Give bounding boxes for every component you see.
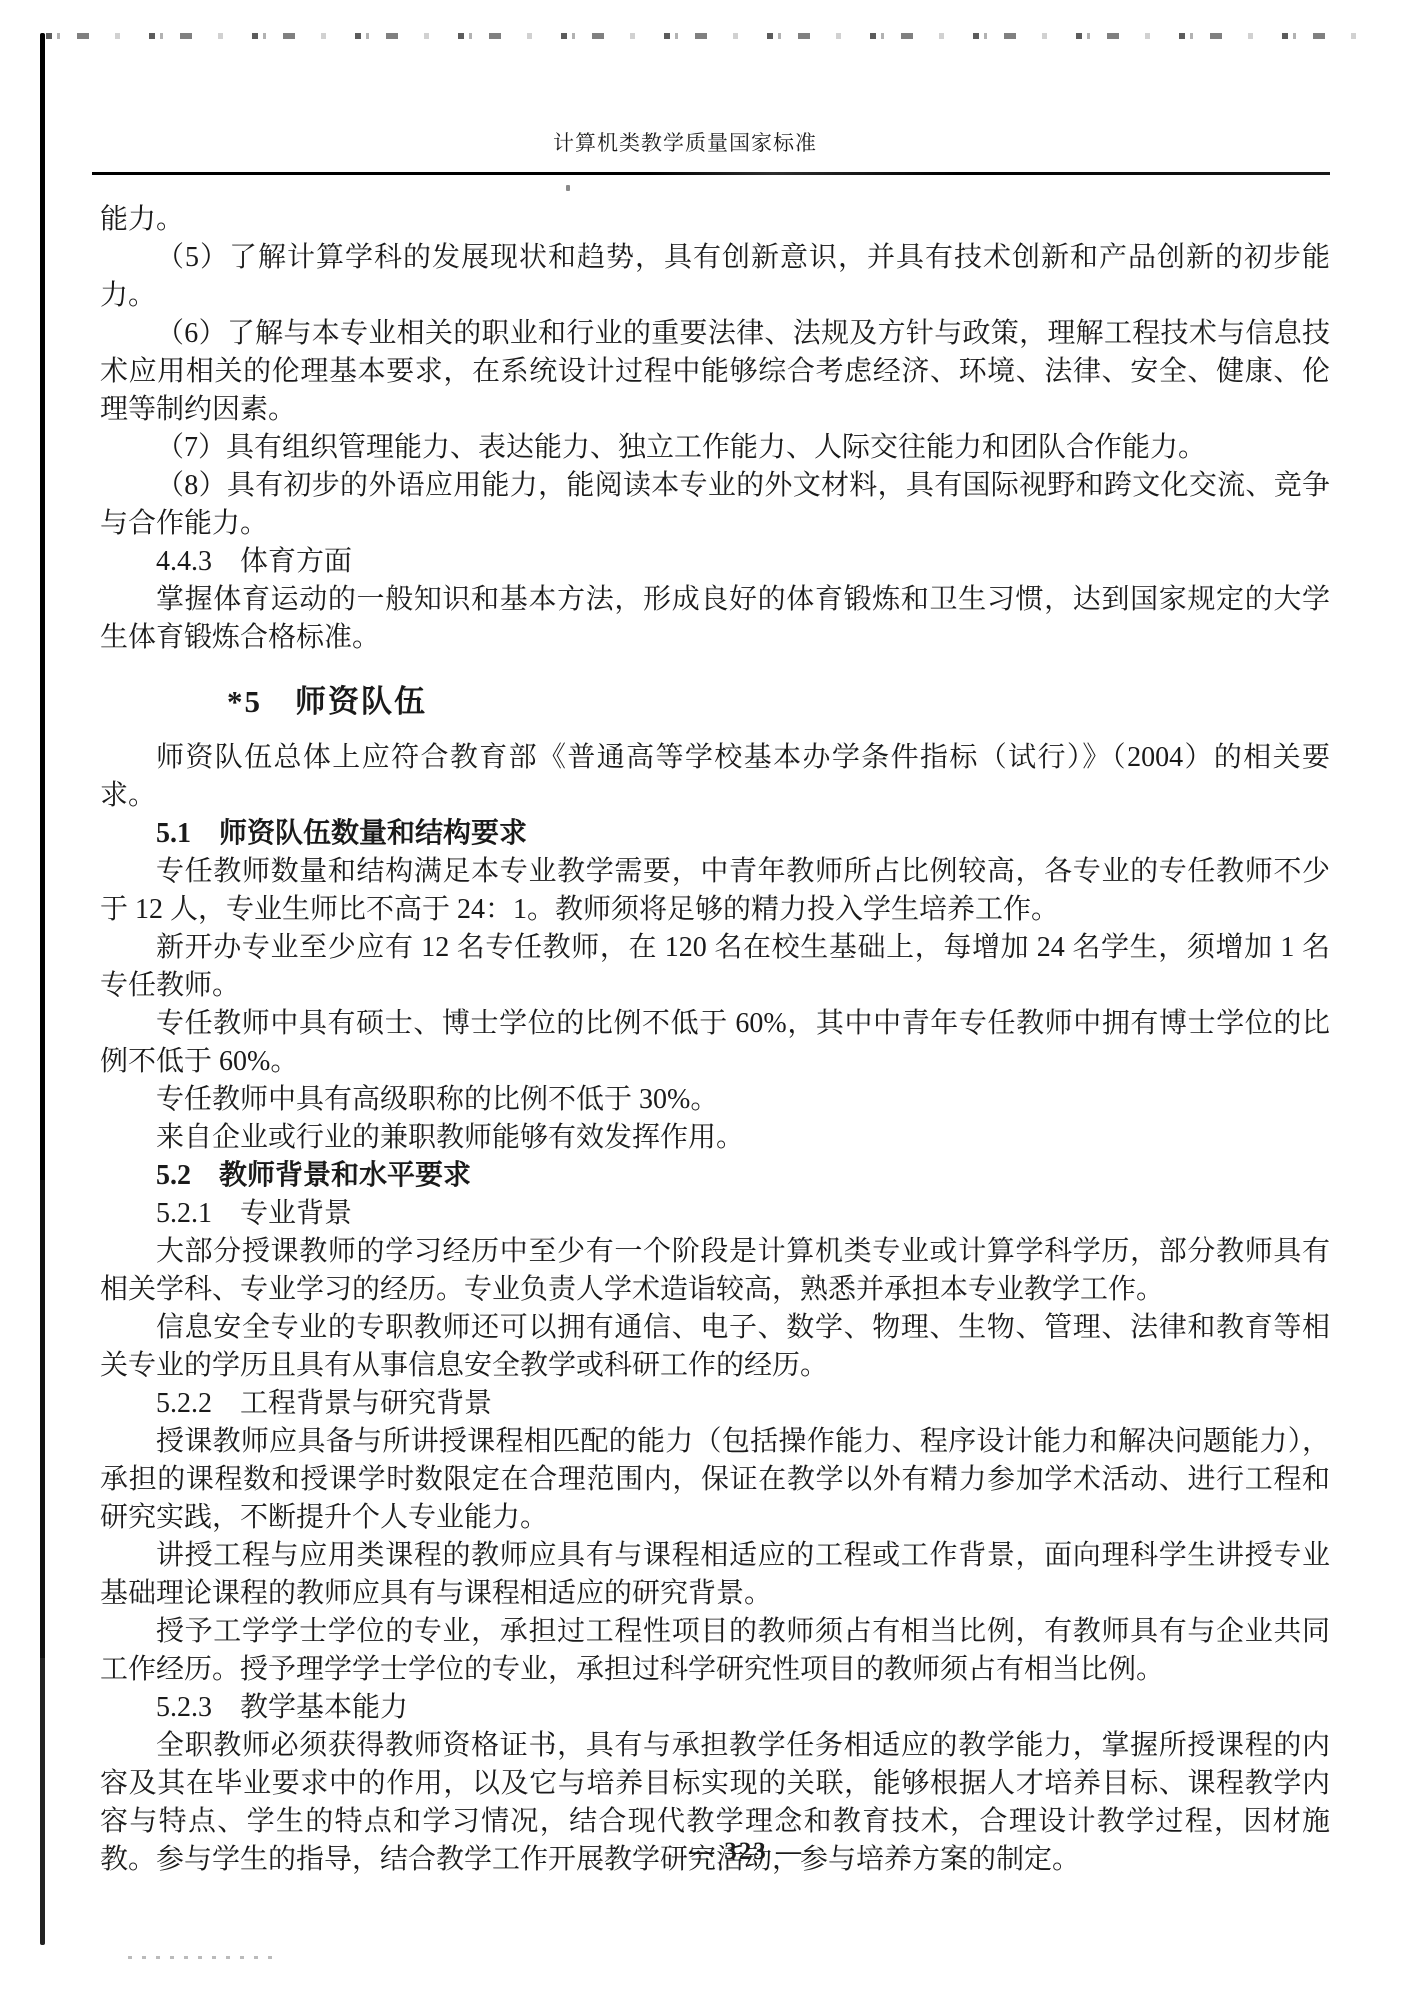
body-paragraph: 来自企业或行业的兼职教师能够有效发挥作用。 [100,1119,1330,1157]
page-header: 计算机类教学质量国家标准 [0,0,1418,175]
page-footer: — 323 — [0,1838,1418,1866]
body-paragraph: 专任教师数量和结构满足本专业教学需要，中青年教师所占比例较高，各专业的专任教师不… [100,853,1330,929]
document-body: 能力。（5）了解计算学科的发展现状和趋势，具有创新意识，并具有技术创新和产品创新… [100,201,1330,1879]
subsubsection-heading: 5.2.3 教学基本能力 [100,1689,1330,1727]
subsubsection-heading: 5.2.1 专业背景 [100,1195,1330,1233]
subsection-heading: 5.2 教师背景和水平要求 [100,1157,1330,1195]
scan-artifact-dashed-line [46,33,1366,39]
body-paragraph: （8）具有初步的外语应用能力，能阅读本专业的外文材料，具有国际视野和跨文化交流、… [100,467,1330,543]
scan-speck [128,1956,278,1959]
body-paragraph: 大部分授课教师的学习经历中至少有一个阶段是计算机类专业或计算学科学历，部分教师具… [100,1233,1330,1309]
body-paragraph: （7）具有组织管理能力、表达能力、独立工作能力、人际交往能力和团队合作能力。 [100,429,1330,467]
running-header-title: 计算机类教学质量国家标准 [0,128,1394,158]
body-paragraph: 授课教师应具备与所讲授课程相匹配的能力（包括操作能力、程序设计能力和解决问题能力… [100,1423,1330,1537]
body-paragraph: 掌握体育运动的一般知识和基本方法，形成良好的体育锻炼和卫生习惯，达到国家规定的大… [100,581,1330,657]
body-paragraph: 师资队伍总体上应符合教育部《普通高等学校基本办学条件指标（试行）》（2004）的… [100,739,1330,815]
subsubsection-heading: 5.2.2 工程背景与研究背景 [100,1385,1330,1423]
body-paragraph: （6）了解与本专业相关的职业和行业的重要法律、法规及方针与政策，理解工程技术与信… [100,315,1330,429]
body-paragraph: 讲授工程与应用类课程的教师应具有与课程相适应的工程或工作背景，面向理科学生讲授专… [100,1537,1330,1613]
header-rule [92,172,1330,175]
body-paragraph: 新开办专业至少应有 12 名专任教师，在 120 名在校生基础上，每增加 24 … [100,929,1330,1005]
page-number: — 323 — [689,1838,803,1865]
body-paragraph: 信息安全专业的专职教师还可以拥有通信、电子、数学、物理、生物、管理、法律和教育等… [100,1309,1330,1385]
subsection-heading: 5.1 师资队伍数量和结构要求 [100,815,1330,853]
scan-speck [566,185,570,191]
subsubsection-heading: 4.4.3 体育方面 [100,543,1330,581]
body-paragraph-continued: 能力。 [100,201,1330,239]
scan-artifact-vertical-line [40,33,45,1945]
body-paragraph: 授予工学学士学位的专业，承担过工程性项目的教师须占有相当比例，有教师具有与企业共… [100,1613,1330,1689]
scanned-document-page: 计算机类教学质量国家标准 能力。（5）了解计算学科的发展现状和趋势，具有创新意识… [0,0,1418,2005]
body-paragraph: （5）了解计算学科的发展现状和趋势，具有创新意识，并具有技术创新和产品创新的初步… [100,239,1330,315]
section-heading: *5 师资队伍 [100,679,1330,725]
body-paragraph: 专任教师中具有高级职称的比例不低于 30%。 [100,1081,1330,1119]
body-paragraph: 专任教师中具有硕士、博士学位的比例不低于 60%，其中中青年专任教师中拥有博士学… [100,1005,1330,1081]
